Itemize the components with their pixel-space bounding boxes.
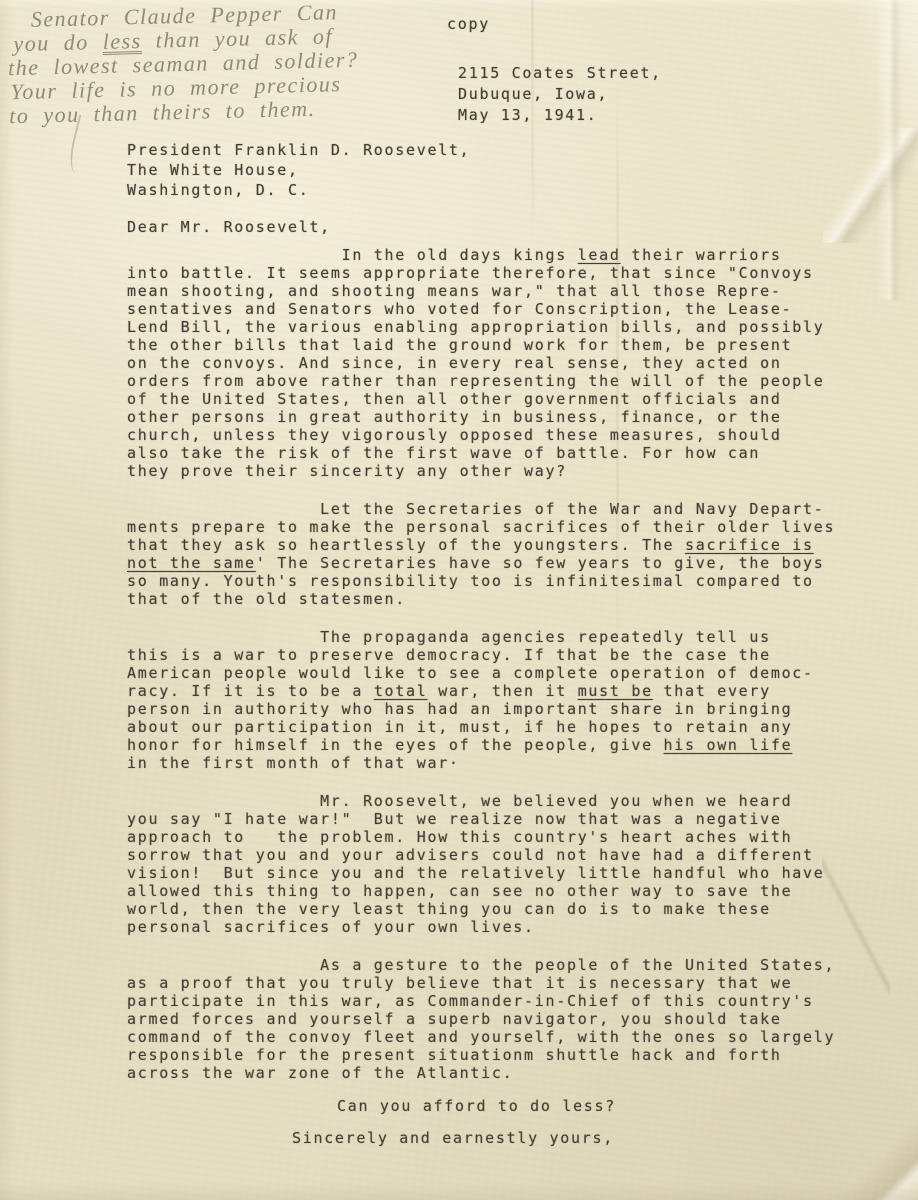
- body-line: they prove their sincerity any other way…: [127, 462, 835, 480]
- body-line: approach to the problem. How this countr…: [127, 828, 835, 846]
- body-line: honor for himself in the eyes of the peo…: [127, 736, 835, 754]
- letter-page: Senator Claude Pepper Canyou do less tha…: [0, 0, 918, 1200]
- body-line: participate in this war, as Commander-in…: [127, 992, 835, 1010]
- body-line: the other bills that laid the ground wor…: [127, 336, 835, 354]
- body-line: responsible for the present situationm s…: [127, 1046, 835, 1064]
- body-paragraph: In the old days kings lead their warrior…: [127, 246, 835, 480]
- body-line: personal sacrifices of your own lives.: [127, 918, 835, 936]
- body-line: world, then the very least thing you can…: [127, 900, 835, 918]
- body-line: The propaganda agencies repeatedly tell …: [127, 628, 835, 646]
- body-line: so many. Youth's responsibility too is i…: [127, 572, 835, 590]
- signoff: Sincerely and earnestly yours,: [292, 1129, 614, 1147]
- body-line: church, unless they vigorously opposed t…: [127, 426, 835, 444]
- body-line: sentatives and Senators who voted for Co…: [127, 300, 835, 318]
- letter-body: In the old days kings lead their warrior…: [127, 246, 835, 1102]
- body-line: in the first month of that war·: [127, 754, 835, 772]
- body-line: of the United States, then all other gov…: [127, 390, 835, 408]
- body-line: you say "I hate war!" But we realize now…: [127, 810, 835, 828]
- body-line: Lend Bill, the various enabling appropri…: [127, 318, 835, 336]
- recipient-line: President Franklin D. Roosevelt,: [127, 140, 470, 160]
- body-line: other persons in great authority in busi…: [127, 408, 835, 426]
- body-line: command of the convoy fleet and yourself…: [127, 1028, 835, 1046]
- body-line: orders from above rather than representi…: [127, 372, 835, 390]
- paper-edge-bottom: [0, 1182, 918, 1200]
- body-paragraph: As a gesture to the people of the United…: [127, 956, 835, 1082]
- body-paragraph: Mr. Roosevelt, we believed you when we h…: [127, 792, 835, 936]
- crease-top-right-fold: [823, 128, 918, 243]
- body-line: as a proof that you truly believe that i…: [127, 974, 835, 992]
- body-paragraph: Let the Secretaries of the War and Navy …: [127, 500, 835, 608]
- body-line: about our participation in it, must, if …: [127, 718, 835, 736]
- body-line: racy. If it is to be a total war, then i…: [127, 682, 835, 700]
- body-line: allowed this thing to happen, can see no…: [127, 882, 835, 900]
- body-line: ments prepare to make the personal sacri…: [127, 518, 835, 536]
- body-line: armed forces and yourself a superb navig…: [127, 1010, 835, 1028]
- body-line: Mr. Roosevelt, we believed you when we h…: [127, 792, 835, 810]
- body-line: American people would like to see a comp…: [127, 664, 835, 682]
- address-line: May 13, 1941.: [458, 105, 662, 126]
- body-line: also take the risk of the first wave of …: [127, 444, 835, 462]
- recipient-line: Washington, D. C.: [127, 180, 470, 200]
- body-line: that they ask so heartlessly of the youn…: [127, 536, 835, 554]
- recipient-line: The White House,: [127, 160, 470, 180]
- body-line: on the convoys. And since, in every real…: [127, 354, 835, 372]
- body-line: vision! But since you and the relatively…: [127, 864, 835, 882]
- body-line: mean shooting, and shooting means war," …: [127, 282, 835, 300]
- body-line: that of the old statesmen.: [127, 590, 835, 608]
- closing-question: Can you afford to do less?: [337, 1097, 616, 1115]
- body-line: not the same' The Secretaries have so fe…: [127, 554, 835, 572]
- paper-edge-left: [0, 0, 14, 1200]
- address-line: Dubuque, Iowa,: [458, 84, 662, 105]
- copy-label: copy: [447, 14, 490, 34]
- body-line: this is a war to preserve democracy. If …: [127, 646, 835, 664]
- body-line: across the war zone of the Atlantic.: [127, 1064, 835, 1082]
- recipient-block: President Franklin D. Roosevelt,The Whit…: [127, 140, 470, 200]
- body-line: In the old days kings lead their warrior…: [127, 246, 835, 264]
- pencil-annotation: Senator Claude Pepper Canyou do less tha…: [7, 0, 360, 128]
- body-line: Let the Secretaries of the War and Navy …: [127, 500, 835, 518]
- paper-corner-highlight: [838, 0, 918, 170]
- address-line: 2115 Coates Street,: [458, 63, 662, 84]
- body-line: person in authority who has had an impor…: [127, 700, 835, 718]
- body-line: sorrow that you and your advisers could …: [127, 846, 835, 864]
- body-line: into battle. It seems appropriate theref…: [127, 264, 835, 282]
- body-paragraph: The propaganda agencies repeatedly tell …: [127, 628, 835, 772]
- sender-address: 2115 Coates Street,Dubuque, Iowa,May 13,…: [458, 63, 662, 126]
- crease-right-edge: [876, 0, 902, 300]
- salutation: Dear Mr. Roosevelt,: [127, 217, 331, 237]
- body-line: As a gesture to the people of the United…: [127, 956, 835, 974]
